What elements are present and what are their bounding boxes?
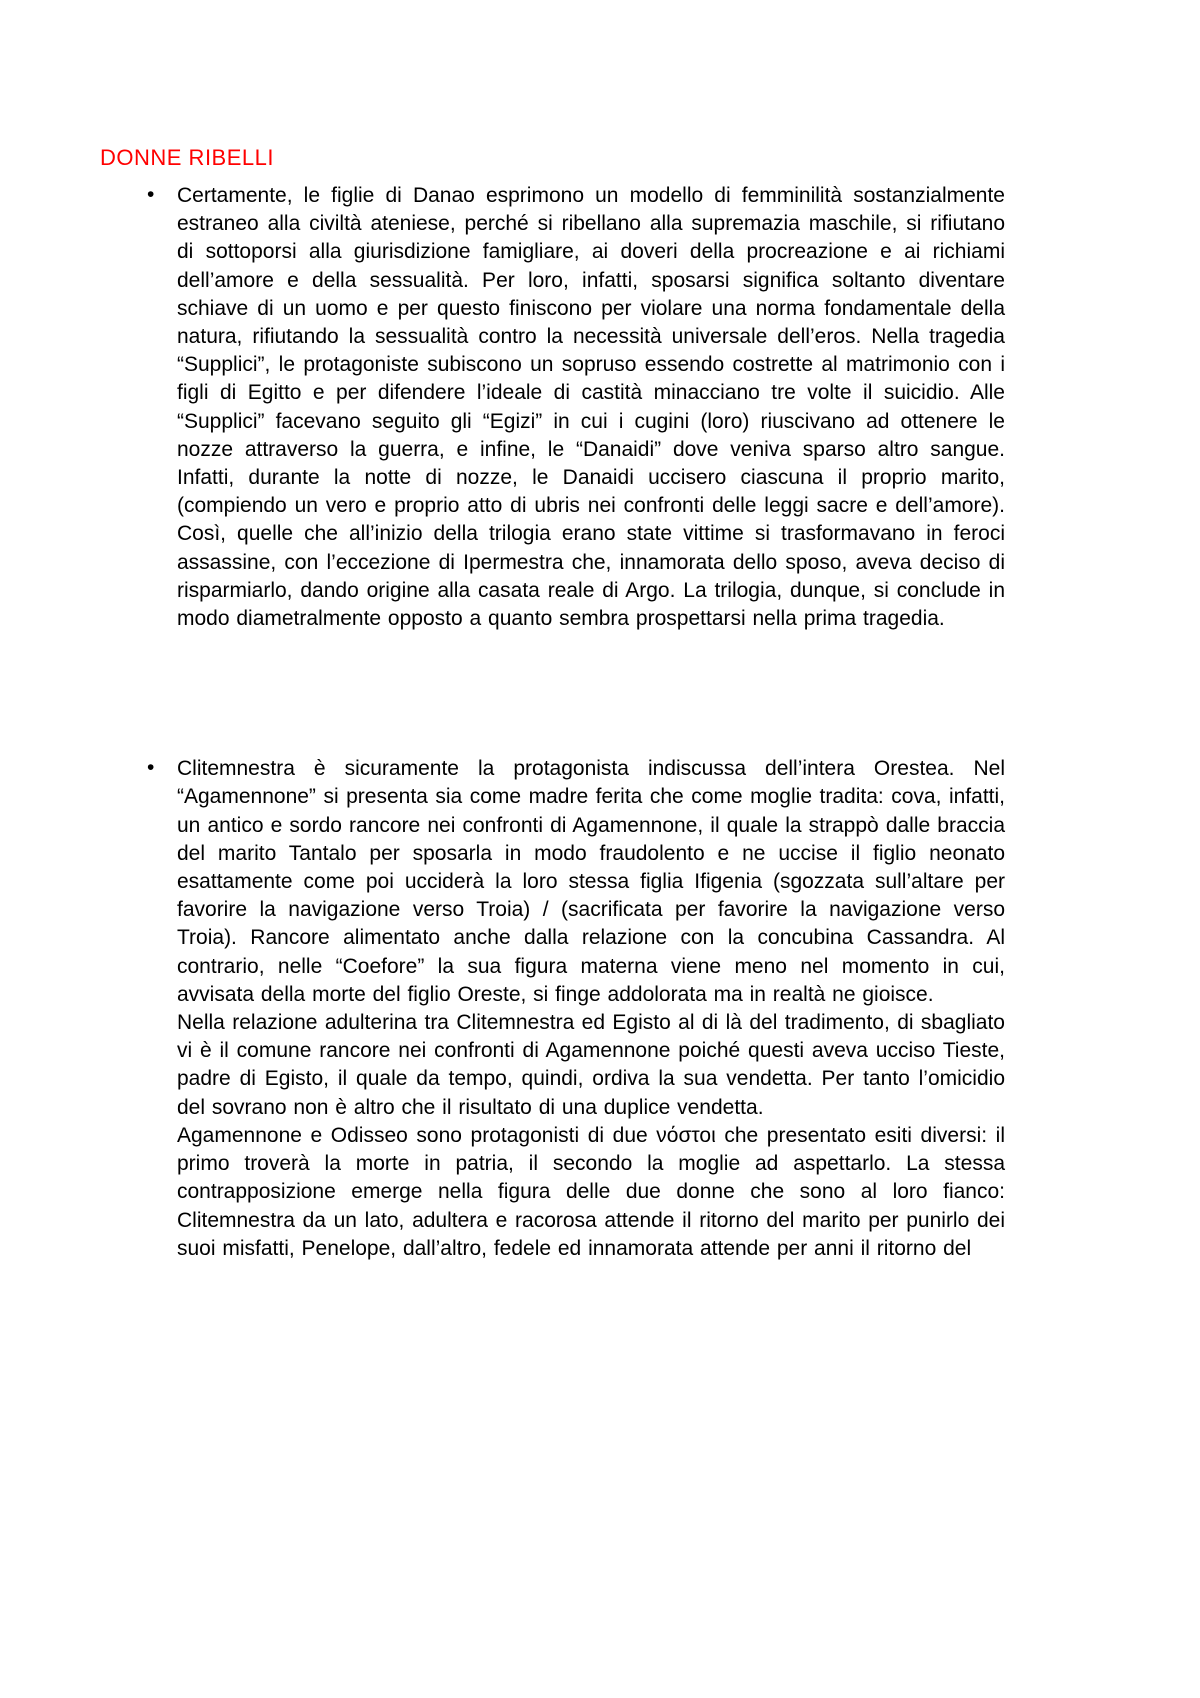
paragraph-nostoi: Agamennone e Odisseo sono protagonisti d… (177, 1122, 1005, 1263)
bullet-item-danaidi: • Certamente, le figlie di Danao esprimo… (177, 182, 1005, 633)
bullet-item-clitemnestra: • Clitemnestra è sicuramente la protagon… (177, 755, 1005, 1263)
document-body: • Certamente, le figlie di Danao esprimo… (0, 182, 1200, 1263)
paragraph-danaidi: Certamente, le figlie di Danao esprimono… (177, 182, 1005, 633)
paragraph-clitemnestra: Clitemnestra è sicuramente la protagonis… (177, 755, 1005, 1009)
paragraph-egisto: Nella relazione adulterina tra Clitemnes… (177, 1009, 1005, 1122)
bullet-icon: • (147, 754, 154, 782)
page-title: DONNE RIBELLI (100, 146, 1200, 170)
bullet-icon: • (147, 181, 154, 209)
document-page: DONNE RIBELLI • Certamente, le figlie di… (0, 0, 1200, 1698)
